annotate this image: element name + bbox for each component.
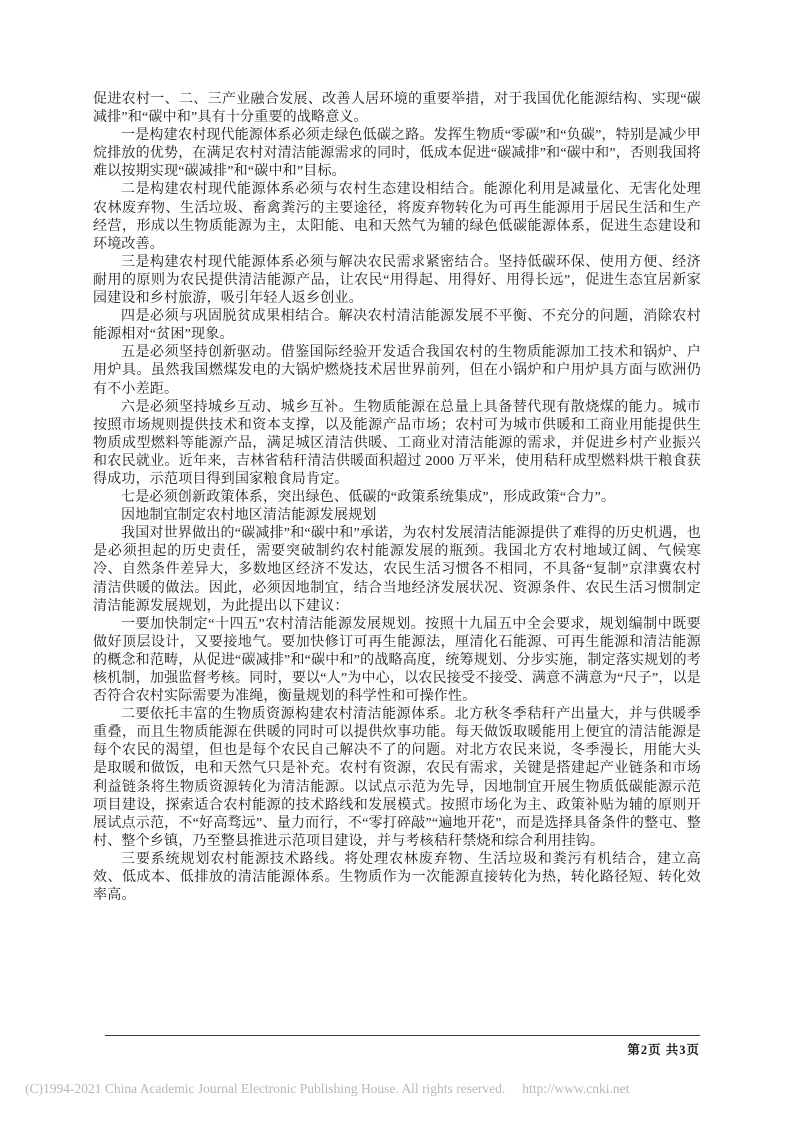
copyright-text: (C)1994-2021 China Academic Journal Elec… [25, 1081, 505, 1096]
paragraph: 一要加快制定“十四五”农村清洁能源发展规划。按照十九届五中全会要求，规划编制中既… [93, 616, 701, 706]
paragraph: 七是必须创新政策体系，突出绿色、低碳的“政策系统集成”，形成政策“合力”。 [93, 489, 701, 507]
paragraph: 四是必须与巩固脱贫成果相结合。解决农村清洁能源发展不平衡、不充分的问题，消除农村… [93, 308, 701, 344]
document-body: 促进农村一、二、三产业融合发展、改善人居环境的重要举措，对于我国优化能源结构、实… [93, 91, 701, 905]
paragraph: 我国对世界做出的“碳减排”和“碳中和”承诺，为农村发展清洁能源提供了难得的历史机… [93, 525, 701, 615]
paragraph: 三是构建农村现代能源体系必须与解决农民需求紧密结合。坚持低碳环保、使用方便、经济… [93, 254, 701, 308]
paragraph: 促进农村一、二、三产业融合发展、改善人居环境的重要举措，对于我国优化能源结构、实… [93, 91, 701, 127]
page-number-indicator: 第2页 共3页 [627, 1040, 700, 1058]
paragraph: 一是构建农村现代能源体系必须走绿色低碳之路。发挥生物质“零碳”和“负碳”，特别是… [93, 127, 701, 181]
cnki-url: http://www.cnki.net [522, 1081, 629, 1096]
paragraph: 二是构建农村现代能源体系必须与农村生态建设相结合。能源化利用是减量化、无害化处理… [93, 181, 701, 253]
paragraph: 三要系统规划农村能源技术路线。将处理农林废弃物、生活垃圾和粪污有机结合，建立高效… [93, 851, 701, 905]
paragraph: 五是必须坚持创新驱动。借鉴国际经验开发适合我国农村的生物质能源加工技术和锅炉、户… [93, 344, 701, 398]
footer-divider [105, 1035, 700, 1036]
paragraph: 六是必须坚持城乡互动、城乡互补。生物质能源在总量上具备替代现有散烧煤的能力。城市… [93, 399, 701, 489]
document-page: 促进农村一、二、三产业融合发展、改善人居环境的重要举措，对于我国优化能源结构、实… [0, 0, 793, 1122]
paragraph: 因地制宜制定农村地区清洁能源发展规划 [93, 507, 701, 525]
paragraph: 二要依托丰富的生物质资源构建农村清洁能源体系。北方秋冬季秸秆产出量大，并与供暖季… [93, 706, 701, 851]
copyright-notice: (C)1994-2021 China Academic Journal Elec… [25, 1081, 629, 1097]
